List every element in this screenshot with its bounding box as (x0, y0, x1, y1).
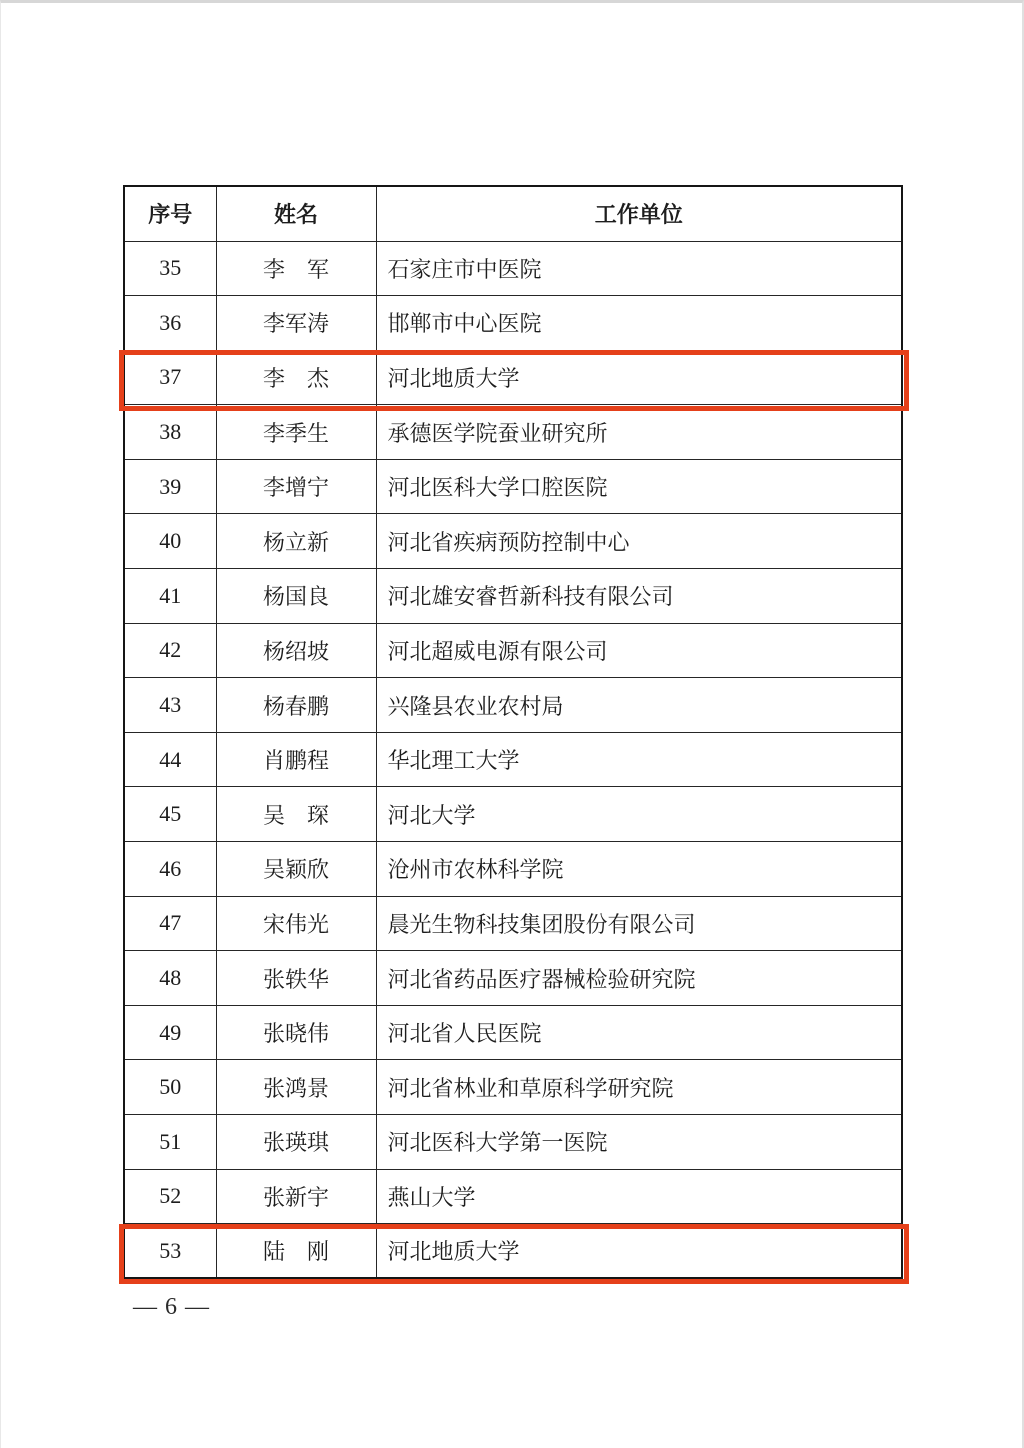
row-unit-cell: 晨光生物科技集团股份有限公司 (376, 896, 902, 951)
row-serial-cell: 40 (124, 514, 216, 569)
table-row: 45 吴 琛 河北大学 (124, 787, 902, 842)
table-row: 47 宋伟光 晨光生物科技集团股份有限公司 (124, 896, 902, 951)
row-unit-cell: 河北大学 (376, 787, 902, 842)
roster-table: 序号 姓名 工作单位 35 李 军 石家庄市中医院 36 李军涛 邯郸市中心医院… (123, 185, 903, 1279)
row-unit-cell: 石家庄市中医院 (376, 241, 902, 296)
col-header-name: 姓名 (216, 186, 376, 241)
row-name-cell: 杨立新 (216, 514, 376, 569)
row-name-cell: 张晓伟 (216, 1005, 376, 1060)
row-unit-cell: 兴隆县农业农村局 (376, 678, 902, 733)
row-name-cell: 肖鹏程 (216, 732, 376, 787)
row-serial-cell: 52 (124, 1169, 216, 1224)
row-name-cell: 李军涛 (216, 296, 376, 351)
row-name-cell: 张新宇 (216, 1169, 376, 1224)
row-name-cell: 杨国良 (216, 569, 376, 624)
row-unit-cell: 河北超威电源有限公司 (376, 623, 902, 678)
document-page: 序号 姓名 工作单位 35 李 军 石家庄市中医院 36 李军涛 邯郸市中心医院… (0, 0, 1024, 1448)
table-row: 44 肖鹏程 华北理工大学 (124, 732, 902, 787)
row-serial-cell: 37 (124, 350, 216, 405)
row-name-cell: 吴 琛 (216, 787, 376, 842)
row-serial-cell: 45 (124, 787, 216, 842)
row-name-cell: 张瑛琪 (216, 1115, 376, 1170)
row-unit-cell: 河北地质大学 (376, 1224, 902, 1279)
row-unit-cell: 河北雄安睿哲新科技有限公司 (376, 569, 902, 624)
row-serial-cell: 42 (124, 623, 216, 678)
row-unit-cell: 河北医科大学第一医院 (376, 1115, 902, 1170)
row-name-cell: 吴颖欣 (216, 842, 376, 897)
row-name-cell: 张轶华 (216, 951, 376, 1006)
row-serial-cell: 35 (124, 241, 216, 296)
row-name-cell: 李季生 (216, 405, 376, 460)
table-row: 50 张鸿景 河北省林业和草原科学研究院 (124, 1060, 902, 1115)
row-unit-cell: 河北省药品医疗器械检验研究院 (376, 951, 902, 1006)
row-serial-cell: 48 (124, 951, 216, 1006)
row-name-cell: 李 军 (216, 241, 376, 296)
table-row: 46 吴颖欣 沧州市农林科学院 (124, 842, 902, 897)
table-row: 35 李 军 石家庄市中医院 (124, 241, 902, 296)
row-serial-cell: 49 (124, 1005, 216, 1060)
table-row: 52 张新宇 燕山大学 (124, 1169, 902, 1224)
table-row: 39 李增宁 河北医科大学口腔医院 (124, 459, 902, 514)
row-serial-cell: 36 (124, 296, 216, 351)
row-serial-cell: 39 (124, 459, 216, 514)
row-name-cell: 陆 刚 (216, 1224, 376, 1279)
table-row: 51 张瑛琪 河北医科大学第一医院 (124, 1115, 902, 1170)
table-row: 40 杨立新 河北省疾病预防控制中心 (124, 514, 902, 569)
table-row: 37 李 杰 河北地质大学 (124, 350, 902, 405)
row-serial-cell: 46 (124, 842, 216, 897)
row-serial-cell: 47 (124, 896, 216, 951)
table-header-row: 序号 姓名 工作单位 (124, 186, 902, 241)
row-unit-cell: 沧州市农林科学院 (376, 842, 902, 897)
row-unit-cell: 河北省疾病预防控制中心 (376, 514, 902, 569)
row-name-cell: 杨绍坡 (216, 623, 376, 678)
table-row: 49 张晓伟 河北省人民医院 (124, 1005, 902, 1060)
row-unit-cell: 河北地质大学 (376, 350, 902, 405)
row-serial-cell: 38 (124, 405, 216, 460)
table-row: 38 李季生 承德医学院蚕业研究所 (124, 405, 902, 460)
row-serial-cell: 53 (124, 1224, 216, 1279)
row-unit-cell: 邯郸市中心医院 (376, 296, 902, 351)
row-serial-cell: 41 (124, 569, 216, 624)
row-name-cell: 李 杰 (216, 350, 376, 405)
row-unit-cell: 燕山大学 (376, 1169, 902, 1224)
table-row: 41 杨国良 河北雄安睿哲新科技有限公司 (124, 569, 902, 624)
table-row: 42 杨绍坡 河北超威电源有限公司 (124, 623, 902, 678)
table-row: 36 李军涛 邯郸市中心医院 (124, 296, 902, 351)
row-unit-cell: 河北省林业和草原科学研究院 (376, 1060, 902, 1115)
col-header-serial: 序号 (124, 186, 216, 241)
row-serial-cell: 51 (124, 1115, 216, 1170)
row-serial-cell: 44 (124, 732, 216, 787)
row-name-cell: 杨春鹏 (216, 678, 376, 733)
row-unit-cell: 河北医科大学口腔医院 (376, 459, 902, 514)
table-row: 48 张轶华 河北省药品医疗器械检验研究院 (124, 951, 902, 1006)
col-header-work-unit: 工作单位 (376, 186, 902, 241)
row-unit-cell: 华北理工大学 (376, 732, 902, 787)
row-serial-cell: 50 (124, 1060, 216, 1115)
page-number: — 6 — (133, 1294, 210, 1321)
row-unit-cell: 河北省人民医院 (376, 1005, 902, 1060)
row-serial-cell: 43 (124, 678, 216, 733)
row-name-cell: 张鸿景 (216, 1060, 376, 1115)
row-name-cell: 李增宁 (216, 459, 376, 514)
table-row: 43 杨春鹏 兴隆县农业农村局 (124, 678, 902, 733)
table-row: 53 陆 刚 河北地质大学 (124, 1224, 902, 1279)
row-unit-cell: 承德医学院蚕业研究所 (376, 405, 902, 460)
row-name-cell: 宋伟光 (216, 896, 376, 951)
